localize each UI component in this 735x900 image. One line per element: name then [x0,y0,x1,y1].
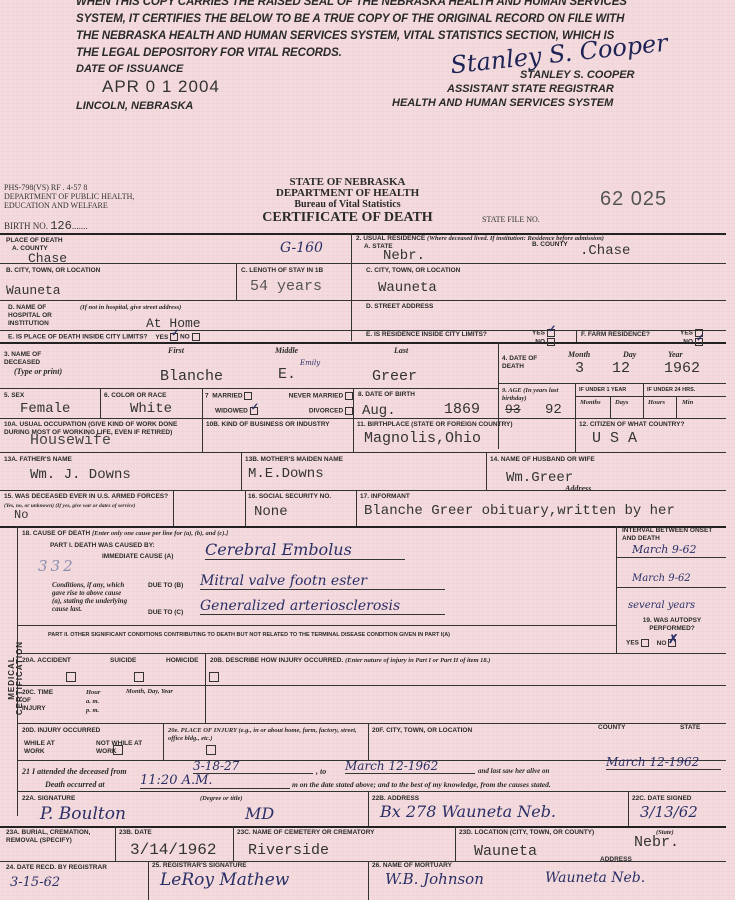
form-code: PHS-798(VS) RF . 4-57 8 [4,183,134,192]
married-label: MARRIED [212,393,242,400]
yes-label: YES [626,640,639,647]
time-hour-block: Hour a. m. p. m. [86,688,100,715]
birthplace-field[interactable]: Magnolis,Ohio [364,430,481,447]
yes-label: YES [532,330,545,337]
attended-prefix: 21 I attended the deceased from [22,768,127,776]
farm-residence-label: f. FARM RESIDENCE? [581,331,650,339]
min-label: Min [682,399,693,407]
part1-label: PART I. DEATH WAS CAUSED BY: [50,542,155,550]
armed-forces-note: (Yes, no, or unknown) (If yes, give war … [4,502,172,510]
mortuary-address-field[interactable]: Wauneta Neb. [545,870,645,886]
pm-label: p. m. [86,706,100,715]
never-married-checkbox[interactable] [345,392,353,400]
place-of-death-label: PLACE OF DEATH [6,237,63,245]
no-label: NO [683,338,693,345]
injury-desc-note: (Enter nature of injury in Part I or Par… [345,657,490,664]
burial-date-label: 23b. DATE [119,829,152,837]
age-label: 9. AGE (In years last birthday) [502,387,574,403]
month-label: Month [568,351,590,359]
mortuary-label: 26. NAME OF MORTUARY [372,862,452,870]
certificate-title: CERTIFICATE OF DEATH [240,210,455,225]
state-file-no: 62 025 [600,188,667,211]
registrar-name: STANLEY S. COOPER [520,69,635,81]
suicide-checkbox[interactable] [134,672,144,682]
res-county-field[interactable]: .Chase [580,243,630,259]
death-county-field[interactable]: Chase [28,251,67,266]
death-at-label: Death occurred at [45,781,105,789]
death-day-field[interactable]: 12 [612,360,630,377]
widowed-label: WIDOWED [215,407,248,414]
year-label: Year [668,351,683,359]
no-label: NO [535,338,545,345]
business-label: 10b. KIND OF BUSINESS OR INDUSTRY [206,421,330,429]
not-while-at-work-checkbox[interactable] [206,745,216,755]
under-24-hrs-label: IF UNDER 24 HRS. [647,386,695,394]
sex-label: 5. SEX [4,392,24,400]
stay-label: c. LENGTH OF STAY IN 1b [241,267,323,275]
due-b-field[interactable]: Mitral valve footn ester [200,573,445,590]
cause-of-death-heading: 18. CAUSE OF DEATH [Enter only one cause… [22,530,228,538]
registrar-signature-label: 25. REGISTRAR'S SIGNATURE [152,862,247,870]
res-city-limits-label: e. IS RESIDENCE INSIDE CITY LIMITS? [366,331,487,339]
injury-desc-label: 20b. DESCRIBE HOW INJURY OCCURRED. [210,657,343,664]
department-heading: DEPARTMENT OF HEALTH [240,188,455,199]
dob-month-field[interactable]: Aug. [362,403,396,419]
autopsy-yes-checkbox[interactable] [641,639,649,647]
mother-field[interactable]: M.E.Downs [248,466,324,482]
registrar-title: ASSISTANT STATE REGISTRAR [447,83,614,95]
father-label: 13a. FATHER'S NAME [4,456,72,464]
res-state-field[interactable]: Nebr. [383,248,425,264]
informant-label: 17. INFORMANT [360,493,410,501]
birthplace-label: 11. BIRTHPLACE (State or foreign country… [357,421,572,429]
hospital-note: (If not in hospital, give street address… [80,304,181,312]
citizen-label: 12. CITIZEN OF WHAT COUNTRY? [579,421,684,429]
death-city-limits-yes-checkbox[interactable] [170,333,178,341]
physician-signature-label: 22a. SIGNATURE [22,795,75,803]
due-b-label: DUE TO (b) [148,582,183,590]
informant-field[interactable]: Blanche Greer obituary,written by her [364,503,675,519]
armed-forces-field[interactable]: No [14,508,28,522]
married-checkbox[interactable] [244,392,252,400]
date-of-issuance: APR 0 1 2004 [102,77,220,97]
sex-field[interactable]: Female [20,401,70,417]
date-of-death-label: 4. DATE OF DEATH [502,355,542,371]
ssn-label: 16. SOCIAL SECURITY NO. [248,493,331,501]
hours-label: Hours [648,399,665,407]
marital-status: 7 MARRIED NEVER MARRIED WIDOWED DIVORCED [205,392,353,415]
homicide-label: HOMICIDE [166,657,199,665]
injury-desc-heading: 20b. DESCRIBE HOW INJURY OCCURRED. (Ente… [210,657,490,665]
interval-a-field[interactable]: March 9-62 [632,543,697,556]
bureau-heading: Bureau of Vital Statistics [240,199,455,210]
marital-label: 7 [205,393,209,400]
statement-line: SYSTEM, IT CERTIFIES THE BELOW TO BE A T… [76,11,676,28]
divorced-label: DIVORCED [309,407,343,414]
registrar-org: HEALTH AND HUMAN SERVICES SYSTEM [392,97,613,109]
not-while-at-work-label: NOT WHILE AT WORK [96,740,146,756]
birth-no-value: 126 [50,219,72,233]
death-city-label: b. CITY, TOWN, OR LOCATION [6,267,100,275]
usual-residence-note: (Where deceased lived. If institution: R… [427,235,604,242]
dob-year-field[interactable]: 1869 [444,401,480,418]
cause-of-death-label: 18. CAUSE OF DEATH [22,530,90,537]
middle-name-note: Emily [300,359,320,367]
spouse-field[interactable]: Wm.Greer [506,470,573,486]
burial-location-field[interactable]: Wauneta [474,843,537,860]
time-of-injury-label: 20c. TIME OF INJURY [22,689,56,713]
death-time-field[interactable]: 11:20 A.M. [140,773,290,789]
conditions-note: Conditions, if any, which gave rise to a… [52,581,132,613]
am-label: a. m. [86,697,100,706]
death-month-field[interactable]: 3 [575,360,584,377]
deceased-name-label: 3. NAME OF DECEASED [4,351,74,367]
first-name-field[interactable]: Blanche [160,368,223,385]
date-of-issuance-label: DATE OF ISSUANCE [76,63,183,75]
form-title-block: STATE OF NEBRASKA DEPARTMENT OF HEALTH B… [240,177,455,225]
date-recd-field[interactable]: 3-15-62 [10,875,60,890]
ssn-field[interactable]: None [254,504,288,520]
due-c-label: DUE TO (c) [148,609,183,617]
injury-occurred-label: 20d. INJURY OCCURRED [22,727,100,735]
homicide-checkbox[interactable] [209,672,219,682]
cemetery-label: 23c. NAME OF CEMETERY OR CREMATORY [237,829,374,837]
immediate-cause-label: IMMEDIATE CAUSE (a) [102,553,173,561]
medical-certification-side-label: MEDICAL CERTIFICATION [8,628,24,728]
last-saw-label: and last saw her alive on [478,767,549,775]
last-name-field[interactable]: Greer [372,368,417,385]
never-married-label: NEVER MARRIED [289,393,344,400]
occupation-field[interactable]: Housewife [30,432,111,449]
autopsy-no-checkbox[interactable] [668,639,676,647]
interval-c-field[interactable]: several years [628,600,695,611]
suicide-label: SUICIDE [110,657,136,665]
autopsy-label: 19. WAS AUTOPSY PERFORMED? [622,617,722,633]
death-city-limits-no-checkbox[interactable] [192,333,200,341]
part2-label: PART II. OTHER SIGNIFICANT CONDITIONS CO… [48,631,450,639]
while-at-work-label: WHILE AT WORK [24,740,60,756]
mortuary-address-label: ADDRESS [600,856,632,864]
statement-line: WHEN THIS COPY CARRIES THE RAISED SEAL O… [76,0,676,11]
farm-no-checkbox[interactable] [695,338,703,346]
dept-line: EDUCATION AND WELFARE [4,201,134,210]
death-city-limits: e. IS PLACE OF DEATH INSIDE CITY LIMITS?… [8,333,200,342]
injury-state-label: STATE [680,724,700,732]
race-field[interactable]: White [130,401,172,417]
interval-b-field[interactable]: March 9-62 [632,573,691,584]
hospital-label: d. NAME OF HOSPITAL OR INSTITUTION [8,304,68,328]
race-label: 6. COLOR OR RACE [104,392,166,400]
date-recd-label: 24. DATE RECD. BY REGISTRAR [6,864,107,872]
mortuary-field[interactable]: W.B. Johnson [385,870,484,888]
age-struck: 93 [505,402,521,417]
length-of-stay-field[interactable]: 54 years [250,278,322,295]
death-at-suffix: m on the date stated above; and to the b… [292,781,551,789]
middle-label: Middle [275,347,298,355]
cause-code: 332 [38,557,76,575]
res-city-limits-yes-checkbox[interactable] [547,329,555,337]
deceased-name-note: (Type or print) [14,368,62,376]
cemetery-field[interactable]: Riverside [248,842,329,859]
yes-label: YES [680,330,693,337]
cause-of-death-note: [Enter only one cause per line for (a), … [92,530,228,537]
birth-no: BIRTH NO. 126....... [4,219,88,233]
informant-address-label: Address [565,485,591,493]
under-1-year-label: IF UNDER 1 YEAR [579,386,626,394]
county-note: G-160 [280,240,323,256]
res-city-label: c. CITY, TOWN, OR LOCATION [366,267,460,275]
hour-label: Hour [86,688,100,697]
age-field[interactable]: 92 [545,402,562,418]
res-city-field[interactable]: Wauneta [378,280,437,296]
degree-label: (Degree or title) [200,795,243,803]
state-file-no-label: STATE FILE NO. [482,215,540,224]
day-label: Day [623,351,636,359]
mother-label: 13b. MOTHER'S MAIDEN NAME [245,456,343,464]
burial-date-field[interactable]: 3/14/1962 [130,841,216,859]
dept-line: DEPARTMENT OF PUBLIC HEALTH, [4,192,134,201]
middle-name-field[interactable]: E. [278,366,296,383]
accident-checkbox[interactable] [66,672,76,682]
months-label: Months [580,399,601,407]
days-label: Days [615,399,628,407]
date-signed-label: 22c. DATE SIGNED [632,795,691,803]
res-county-label: b. COUNTY [532,241,568,249]
date-signed-field[interactable]: 3/13/62 [640,803,698,821]
physician-signature: P. Boulton [40,804,126,824]
form-dept-block: PHS-798(VS) RF . 4-57 8 DEPARTMENT OF PU… [4,183,134,210]
dob-label: 8. DATE OF BIRTH [358,391,415,399]
due-c-field[interactable]: Generalized arteriosclerosis [200,598,445,615]
armed-forces-label: 15. WAS DECEASED EVER IN U.S. ARMED FORC… [4,493,172,501]
res-city-limits-options: YES NO [532,329,555,346]
mdy-label: Month, Day, Year [126,688,173,696]
birth-no-label: BIRTH NO. [4,221,48,231]
last-saw-field[interactable]: March 12-1962 [606,755,721,770]
yes-label: YES [155,334,168,341]
place-of-injury-label: 20e. PLACE OF INJURY (e.g., in or about … [168,727,364,743]
usual-residence-label: 2. USUAL RESIDENCE [356,235,425,242]
attended-from-field[interactable]: 3-18-27 [193,759,313,774]
burial-type-label: 23a. BURIAL, CREMATION, REMOVAL (Specify… [6,829,110,845]
death-city-field[interactable]: Wauneta [6,283,61,298]
city-limits-label: e. IS PLACE OF DEATH INSIDE CITY LIMITS? [8,334,148,341]
citizen-field[interactable]: U S A [592,430,637,447]
death-year-field[interactable]: 1962 [664,360,700,377]
no-label: NO [180,334,190,341]
spouse-label: 14. NAME OF HUSBAND OR WIFE [490,456,595,464]
widowed-checkbox[interactable] [250,407,258,415]
burial-state-field[interactable]: Nebr. [634,834,679,851]
first-label: First [168,347,184,355]
immediate-cause-field[interactable]: Cerebral Embolus [205,540,405,560]
last-label: Last [394,347,408,355]
injury-county-label: COUNTY [598,724,625,732]
degree-field[interactable]: MD [245,804,274,823]
autopsy-options: YES NO [626,639,676,648]
divorced-checkbox[interactable] [345,407,353,415]
interval-label: INTERVAL BETWEEN ONSET AND DEATH [622,527,722,543]
physician-address-field[interactable]: Bx 278 Wauneta Neb. [380,802,556,821]
accident-label: 20a. ACCIDENT [22,657,71,665]
attended-to-label: , to [316,768,326,776]
no-label: NO [657,640,667,647]
father-field[interactable]: Wm. J. Downs [30,467,131,483]
issuance-location: LINCOLN, NEBRASKA [76,100,193,112]
attended-to-field[interactable]: March 12-1962 [345,759,475,774]
injury-city-label: 20f. CITY, TOWN, OR LOCATION [372,727,472,735]
burial-location-label: 23d. LOCATION (City, town, or county) [459,829,594,837]
res-city-limits-no-checkbox[interactable] [547,338,555,346]
registrar-signature: LeRoy Mathew [160,870,289,890]
farm-residence-options: YES NO [680,329,703,346]
res-street-label: d. STREET ADDRESS [366,303,433,311]
